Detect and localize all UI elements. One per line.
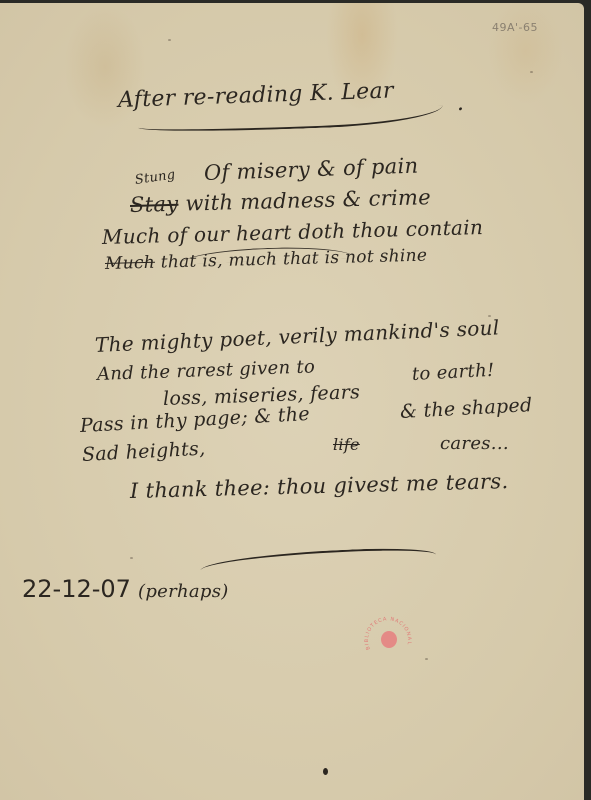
stanza2-line2: And the rarest given to — [97, 356, 316, 385]
stanza2-line5-end: cares... — [440, 433, 509, 454]
manuscript-page: 49A'-65 After re-reading K. Lear . Stung… — [0, 3, 584, 800]
stanza1-line1: Of misery & of pain — [204, 154, 419, 185]
stanza1-line2-text: with madness & crime — [185, 185, 431, 215]
paper-speck — [425, 658, 428, 660]
paper-speck — [488, 315, 491, 317]
paper-speck — [530, 71, 533, 73]
date: 22-12-07 — [22, 575, 131, 603]
stanza2-line4-insertion: & the shaped — [399, 394, 533, 423]
stanza2-line2-insertion: to earth! — [411, 360, 495, 385]
title-period: . — [457, 91, 464, 116]
library-stamp: BIBLIOTECA NACIONAL — [356, 609, 416, 655]
paper-speck — [130, 557, 133, 559]
stanza1-line4: Much that is, much that is not shine — [105, 246, 428, 274]
closing-underline — [200, 546, 436, 572]
stanza2-line5: Sad heights, — [81, 438, 206, 466]
stanza1-line3: Much of our heart doth thou contain — [102, 215, 484, 249]
stanza1-line4-struck-word: Much — [105, 253, 156, 274]
stamp-seal-icon — [381, 631, 397, 648]
catalog-number: 49A'-65 — [492, 21, 538, 34]
stanza2-line5-struck-word: life — [333, 435, 360, 454]
stanza2-line4: Pass in thy page; & the — [79, 403, 310, 437]
stanza2-line1: The mighty poet, verily mankind's soul — [94, 315, 499, 357]
date-note: (perhaps) — [138, 581, 229, 602]
stanza1-insertion: Stung — [134, 167, 176, 188]
stanza1-line2: Stay with madness & crime — [130, 185, 432, 217]
stanza1-line2-struck-word: Stay — [130, 192, 179, 217]
stanza1-line4-text: that is, much that is not shine — [160, 246, 427, 273]
paper-speck — [168, 39, 171, 41]
binding-hole-mark — [323, 768, 328, 775]
stanza2-line6: I thank thee: thou givest me tears. — [130, 469, 509, 503]
